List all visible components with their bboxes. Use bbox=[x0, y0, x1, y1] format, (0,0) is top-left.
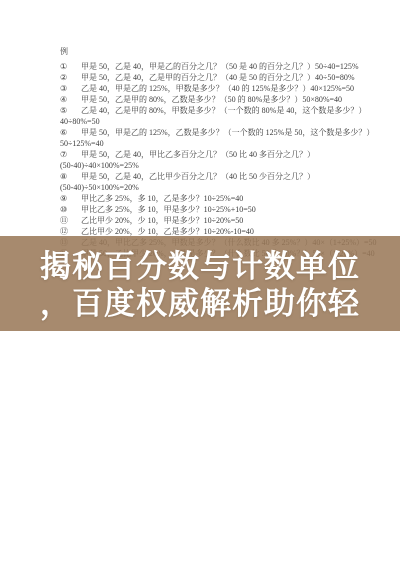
problem-marker: ⑨ bbox=[60, 193, 81, 204]
problem-text: 甲是 50，乙是 40，乙比甲少百分之几？（40 比 50 少百分之几？） bbox=[81, 172, 315, 181]
problem-text: 甲是 50，乙是 40，乙是甲的百分之几？（40 是 50 的百分之几？）40÷… bbox=[81, 73, 355, 82]
formula-line: (50-40)÷50×100%=20% bbox=[0, 182, 400, 193]
problem-marker: ⑥ bbox=[60, 127, 81, 138]
problem-text: 甲是 50，甲是乙的 125%，乙数是多少？（一个数的 125%是 50，这个数… bbox=[81, 128, 374, 137]
problem-text: 乙比甲少 20%，少 10，乙是多少？10÷20%-10=40 bbox=[81, 227, 254, 236]
problem-marker: ⑩ bbox=[60, 204, 81, 215]
problem-marker: ② bbox=[60, 72, 81, 83]
problem-line-7: ⑦甲是 50，乙是 40，甲比乙多百分之几？（50 比 40 多百分之几？） bbox=[0, 149, 400, 160]
problem-marker: ④ bbox=[60, 94, 81, 105]
formula-line: 50÷125%=40 bbox=[0, 138, 400, 149]
problem-line-3: ③乙是 40，甲是乙的 125%，甲数是多少？（40 的 125%是多少？）40… bbox=[0, 83, 400, 94]
formula-text: 50÷125%=40 bbox=[60, 139, 104, 148]
problem-text: 甲是 50，乙是 40，甲是乙的百分之几？（50 是 40 的百分之几？）50÷… bbox=[81, 62, 359, 71]
overlay-title: 揭秘百分数与计数单位 ，百度权威解析助你轻 bbox=[0, 248, 400, 322]
thumbnail-image: 例 ①甲是 50，乙是 40，甲是乙的百分之几？（50 是 40 的百分之几？）… bbox=[0, 0, 400, 566]
problem-line-8: ⑧甲是 50，乙是 40，乙比甲少百分之几？（40 比 50 少百分之几？） bbox=[0, 171, 400, 182]
problem-marker: ⑦ bbox=[60, 149, 81, 160]
formula-text: (50-40)÷50×100%=20% bbox=[60, 183, 139, 192]
formula-line: 40÷80%=50 bbox=[0, 116, 400, 127]
problem-text: 甲是 50，乙是甲的 80%，乙数是多少？（50 的 80%是多少？）50×80… bbox=[81, 95, 342, 104]
overlay-title-line1: 揭秘百分数与计数单位 bbox=[0, 248, 400, 285]
formula-text: 40÷80%=50 bbox=[60, 117, 100, 126]
problem-line-4: ④甲是 50，乙是甲的 80%，乙数是多少？（50 的 80%是多少？）50×8… bbox=[0, 94, 400, 105]
formula-text: (50-40)÷40×100%=25% bbox=[60, 161, 139, 170]
problem-line-5: ⑤乙是 40，乙是甲的 80%，甲数是多少？（一个数的 80%是 40，这个数是… bbox=[0, 105, 400, 116]
title-overlay-band: 揭秘百分数与计数单位 ，百度权威解析助你轻 bbox=[0, 236, 400, 331]
problem-marker: ⑧ bbox=[60, 171, 81, 182]
problem-marker: ⑤ bbox=[60, 105, 81, 116]
document-page: 例 ①甲是 50，乙是 40，甲是乙的百分之几？（50 是 40 的百分之几？）… bbox=[0, 45, 400, 259]
problem-line-11: ⑪乙比甲少 20%，少 10，甲是多少？10÷20%=50 bbox=[0, 215, 400, 226]
problem-marker: ① bbox=[60, 61, 81, 72]
formula-line: (50-40)÷40×100%=25% bbox=[0, 160, 400, 171]
problem-marker: ⑪ bbox=[60, 215, 81, 226]
problem-text: 乙是 40，乙是甲的 80%，甲数是多少？（一个数的 80%是 40，这个数是多… bbox=[81, 106, 366, 115]
problem-line-2: ②甲是 50，乙是 40，乙是甲的百分之几？（40 是 50 的百分之几？）40… bbox=[0, 72, 400, 83]
problem-marker: ③ bbox=[60, 83, 81, 94]
problem-line-10: ⑩甲比乙多 25%，多 10，甲是多少？10÷25%+10=50 bbox=[0, 204, 400, 215]
problem-text: 甲是 50，乙是 40，甲比乙多百分之几？（50 比 40 多百分之几？） bbox=[81, 150, 315, 159]
problem-line-6: ⑥甲是 50，甲是乙的 125%，乙数是多少？（一个数的 125%是 50，这个… bbox=[0, 127, 400, 138]
example-label: 例 bbox=[0, 45, 400, 58]
overlay-title-line2: ，百度权威解析助你轻 bbox=[0, 285, 400, 322]
problem-text: 乙是 40，甲是乙的 125%，甲数是多少？（40 的 125%是多少？）40×… bbox=[81, 84, 354, 93]
problem-line-1: ①甲是 50，乙是 40，甲是乙的百分之几？（50 是 40 的百分之几？）50… bbox=[0, 61, 400, 72]
problem-text: 乙比甲少 20%，少 10，甲是多少？10÷20%=50 bbox=[81, 216, 243, 225]
blank-area bbox=[0, 331, 400, 566]
problem-text: 甲比乙多 25%，多 10，甲是多少？10÷25%+10=50 bbox=[81, 205, 256, 214]
problem-line-9: ⑨甲比乙多 25%，多 10，乙是多少？10÷25%=40 bbox=[0, 193, 400, 204]
problem-text: 甲比乙多 25%，多 10，乙是多少？10÷25%=40 bbox=[81, 194, 243, 203]
